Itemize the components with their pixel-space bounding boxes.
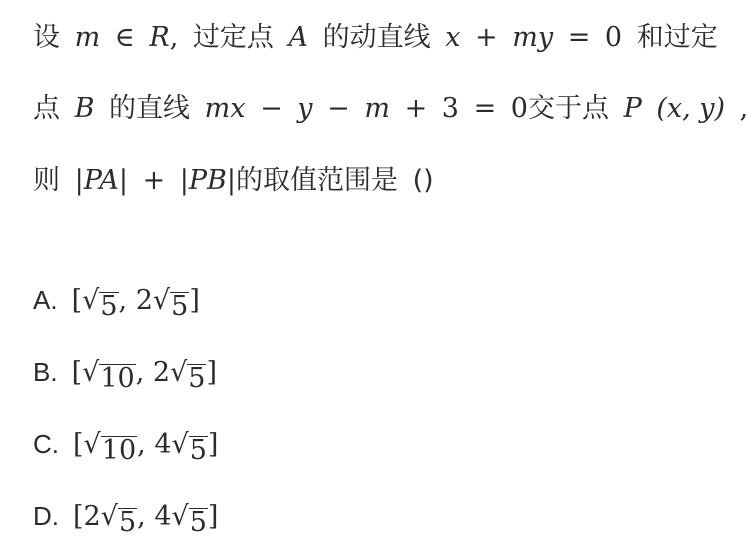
text-segment: 交于点	[528, 93, 609, 124]
text-segment: 的取值范围是	[236, 165, 398, 196]
math-three: 3	[442, 93, 459, 124]
option-value: [√10, 2√5]	[72, 357, 217, 388]
question-line-2: 点 B 的直线 mx − y − m + 3 = 0交于点 P (x, y) ,	[33, 89, 748, 129]
math-minus: −	[327, 93, 350, 124]
math-var-y: y	[297, 93, 312, 124]
text-segment: 点	[33, 93, 60, 124]
math-plus: +	[143, 165, 166, 196]
math-point-P: P	[624, 93, 642, 124]
option-d[interactable]: D.[2√5, 4√5]	[33, 496, 218, 537]
math-plus: +	[475, 22, 498, 53]
math-point-A: A	[289, 22, 309, 53]
math-zero: 0	[511, 93, 528, 124]
sqrt-icon: √10	[84, 425, 138, 465]
answer-blank: ()	[413, 165, 434, 196]
option-value: [√5, 2√5]	[72, 285, 200, 316]
math-term-mx: mx	[205, 93, 246, 124]
math-var-m: m	[75, 22, 101, 53]
math-point-B: B	[75, 93, 95, 124]
text-segment: 过定点	[193, 22, 274, 53]
option-letter: D.	[33, 501, 59, 531]
math-equals: =	[474, 93, 497, 124]
question-line-1: 设 m ∈ R, 过定点 A 的动直线 x + my = 0 和过定	[33, 18, 718, 58]
math-minus: −	[260, 93, 283, 124]
option-letter: C.	[33, 429, 59, 459]
comma: ,	[170, 22, 179, 53]
sqrt-icon: √5	[170, 353, 206, 393]
math-coords: (x, y)	[656, 93, 725, 124]
math-in: ∈	[115, 22, 135, 53]
option-letter: B.	[33, 357, 58, 387]
sqrt-icon: √10	[82, 353, 136, 393]
text-segment: 则	[33, 165, 60, 196]
math-var-m: m	[364, 93, 390, 124]
sqrt-icon: √5	[82, 281, 118, 321]
option-letter: A.	[33, 285, 58, 315]
math-abs-PB: |PB|	[180, 165, 236, 196]
option-a[interactable]: A.[√5, 2√5]	[33, 280, 200, 321]
option-c[interactable]: C.[√10, 4√5]	[33, 424, 218, 465]
sqrt-icon: √5	[153, 281, 189, 321]
math-abs-PA: |PA|	[75, 165, 128, 196]
math-var-x: x	[445, 22, 460, 53]
sqrt-icon: √5	[101, 497, 137, 537]
math-zero: 0	[605, 22, 622, 53]
option-b[interactable]: B.[√10, 2√5]	[33, 352, 217, 393]
sqrt-icon: √5	[172, 425, 208, 465]
text-segment: 的动直线	[323, 22, 431, 53]
math-plus: +	[405, 93, 428, 124]
option-value: [2√5, 4√5]	[73, 501, 218, 532]
option-value: [√10, 4√5]	[73, 429, 218, 460]
sqrt-icon: √5	[172, 497, 208, 537]
math-set-R: R	[149, 22, 169, 53]
text-segment: 和过定	[637, 22, 718, 53]
math-term-my: my	[512, 22, 553, 53]
text-segment: 设	[33, 22, 60, 53]
comma: ,	[740, 93, 749, 124]
math-equals: =	[568, 22, 591, 53]
question-line-3: 则 |PA| + |PB|的取值范围是 ()	[33, 161, 434, 201]
text-segment: 的直线	[109, 93, 190, 124]
